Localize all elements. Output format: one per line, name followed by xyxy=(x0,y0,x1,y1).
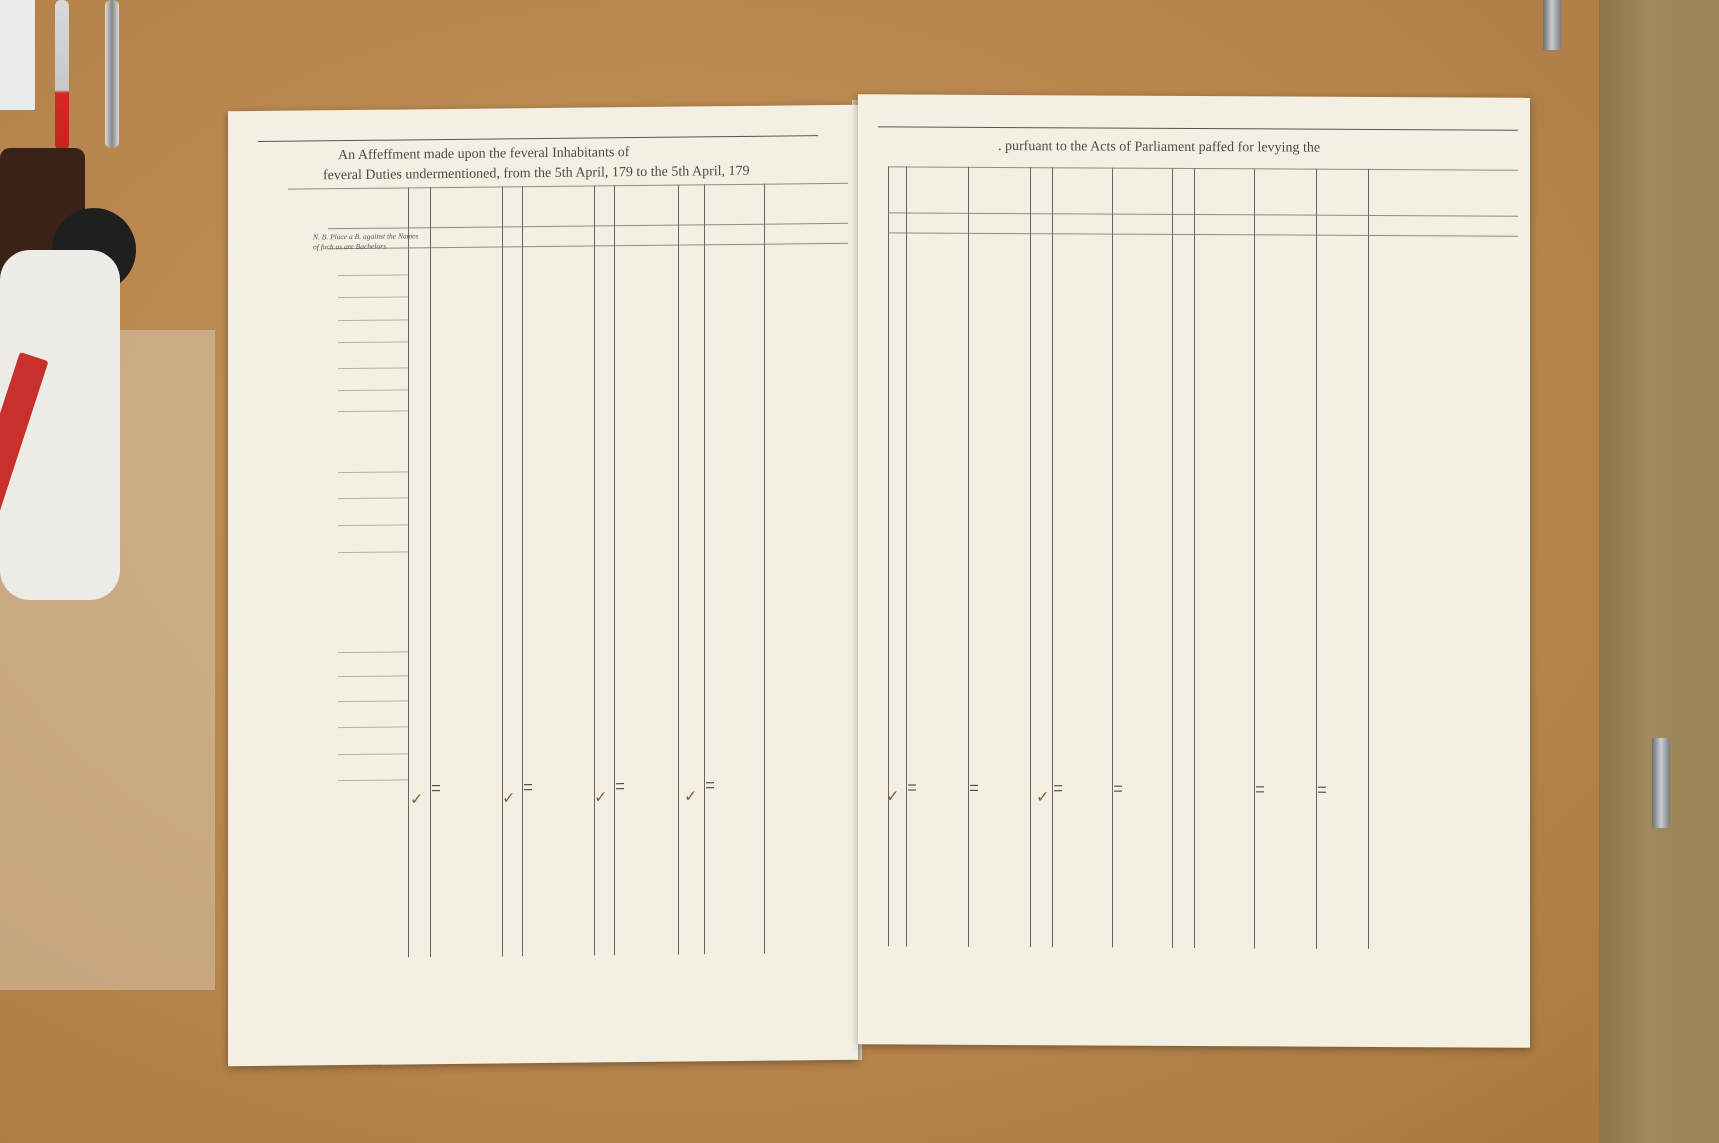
column-divider xyxy=(1172,168,1173,948)
row-rule xyxy=(338,779,408,781)
right-title: . purfuant to the Acts of Parliament paf… xyxy=(998,139,1320,157)
total-inhabited_houses xyxy=(616,783,624,789)
row-rule xyxy=(338,753,408,755)
check-mark: ✓ xyxy=(1036,787,1049,807)
unit-bottom-rule xyxy=(888,232,1518,236)
row-rule xyxy=(338,319,408,321)
column-header-male_servants xyxy=(704,190,764,191)
column-divider xyxy=(704,184,705,954)
column-divider xyxy=(1254,168,1255,948)
column-header-houses_windows xyxy=(522,191,594,192)
hinge-bottom xyxy=(1652,738,1670,828)
row-rule xyxy=(338,296,408,298)
check-mark: ✓ xyxy=(410,789,423,809)
row-rule xyxy=(338,700,408,702)
check-mark: ✓ xyxy=(502,788,515,808)
column-header-names xyxy=(238,193,408,195)
column-divider xyxy=(1052,167,1053,947)
row-rule xyxy=(338,524,408,526)
row-rule xyxy=(338,726,408,728)
column-divider xyxy=(1194,168,1195,948)
black-pen xyxy=(105,0,119,148)
column-divider xyxy=(408,187,409,957)
check-mark: ✓ xyxy=(594,787,607,807)
left-page: An Affeffment made upon the feveral Inha… xyxy=(228,105,858,1067)
red-pen xyxy=(55,0,69,150)
column-divider xyxy=(1368,169,1369,949)
row-rule xyxy=(338,367,408,369)
plastic-sleeve xyxy=(0,330,215,990)
total-houses_windows xyxy=(524,784,532,790)
top-rule xyxy=(878,126,1518,130)
bachelor-note: N. B. Place a B. against the Names of fu… xyxy=(313,231,423,252)
column-divider xyxy=(1030,167,1031,947)
total-add_horses xyxy=(970,785,978,791)
header-top-rule xyxy=(888,166,1518,170)
column-divider xyxy=(594,185,595,955)
row-rule xyxy=(338,651,408,653)
column-divider xyxy=(764,184,765,954)
total-add_carr4 xyxy=(1114,786,1122,792)
row-rule xyxy=(338,497,408,499)
row-rule xyxy=(338,274,408,276)
header-bottom-rule xyxy=(888,212,1518,216)
column-divider xyxy=(522,186,523,956)
total-ten_pct xyxy=(1318,787,1326,793)
row-rule xyxy=(338,389,408,391)
header-bottom-rule xyxy=(328,223,848,229)
row-rule xyxy=(338,471,408,473)
column-divider xyxy=(1316,169,1317,949)
column-divider xyxy=(906,166,907,946)
total-horses xyxy=(908,785,916,791)
column-divider xyxy=(430,187,431,957)
column-divider xyxy=(968,167,969,947)
top-rule xyxy=(258,135,818,142)
column-header-commutation xyxy=(430,192,502,193)
background-wall xyxy=(1599,0,1719,1143)
row-rule xyxy=(338,410,408,412)
total-carr4 xyxy=(1054,785,1062,791)
total-amount xyxy=(1256,786,1264,792)
column-divider xyxy=(678,185,679,955)
row-rule xyxy=(338,551,408,553)
column-divider xyxy=(1112,168,1113,948)
column-divider xyxy=(888,166,889,946)
row-rule xyxy=(338,675,408,677)
left-title-line2: feveral Duties undermentioned, from the … xyxy=(323,164,750,184)
column-divider xyxy=(614,185,615,955)
paper-sheet xyxy=(0,0,35,110)
right-page: . purfuant to the Acts of Parliament paf… xyxy=(858,94,1530,1048)
left-title-line1: An Affeffment made upon the feveral Inha… xyxy=(338,145,629,164)
column-header-inhabited_houses xyxy=(614,191,678,192)
check-mark: ✓ xyxy=(684,786,697,806)
total-male_servants xyxy=(706,782,714,788)
total-commutation xyxy=(432,785,440,791)
column-divider xyxy=(502,186,503,956)
row-rule xyxy=(338,341,408,343)
hinge-top xyxy=(1543,0,1561,50)
